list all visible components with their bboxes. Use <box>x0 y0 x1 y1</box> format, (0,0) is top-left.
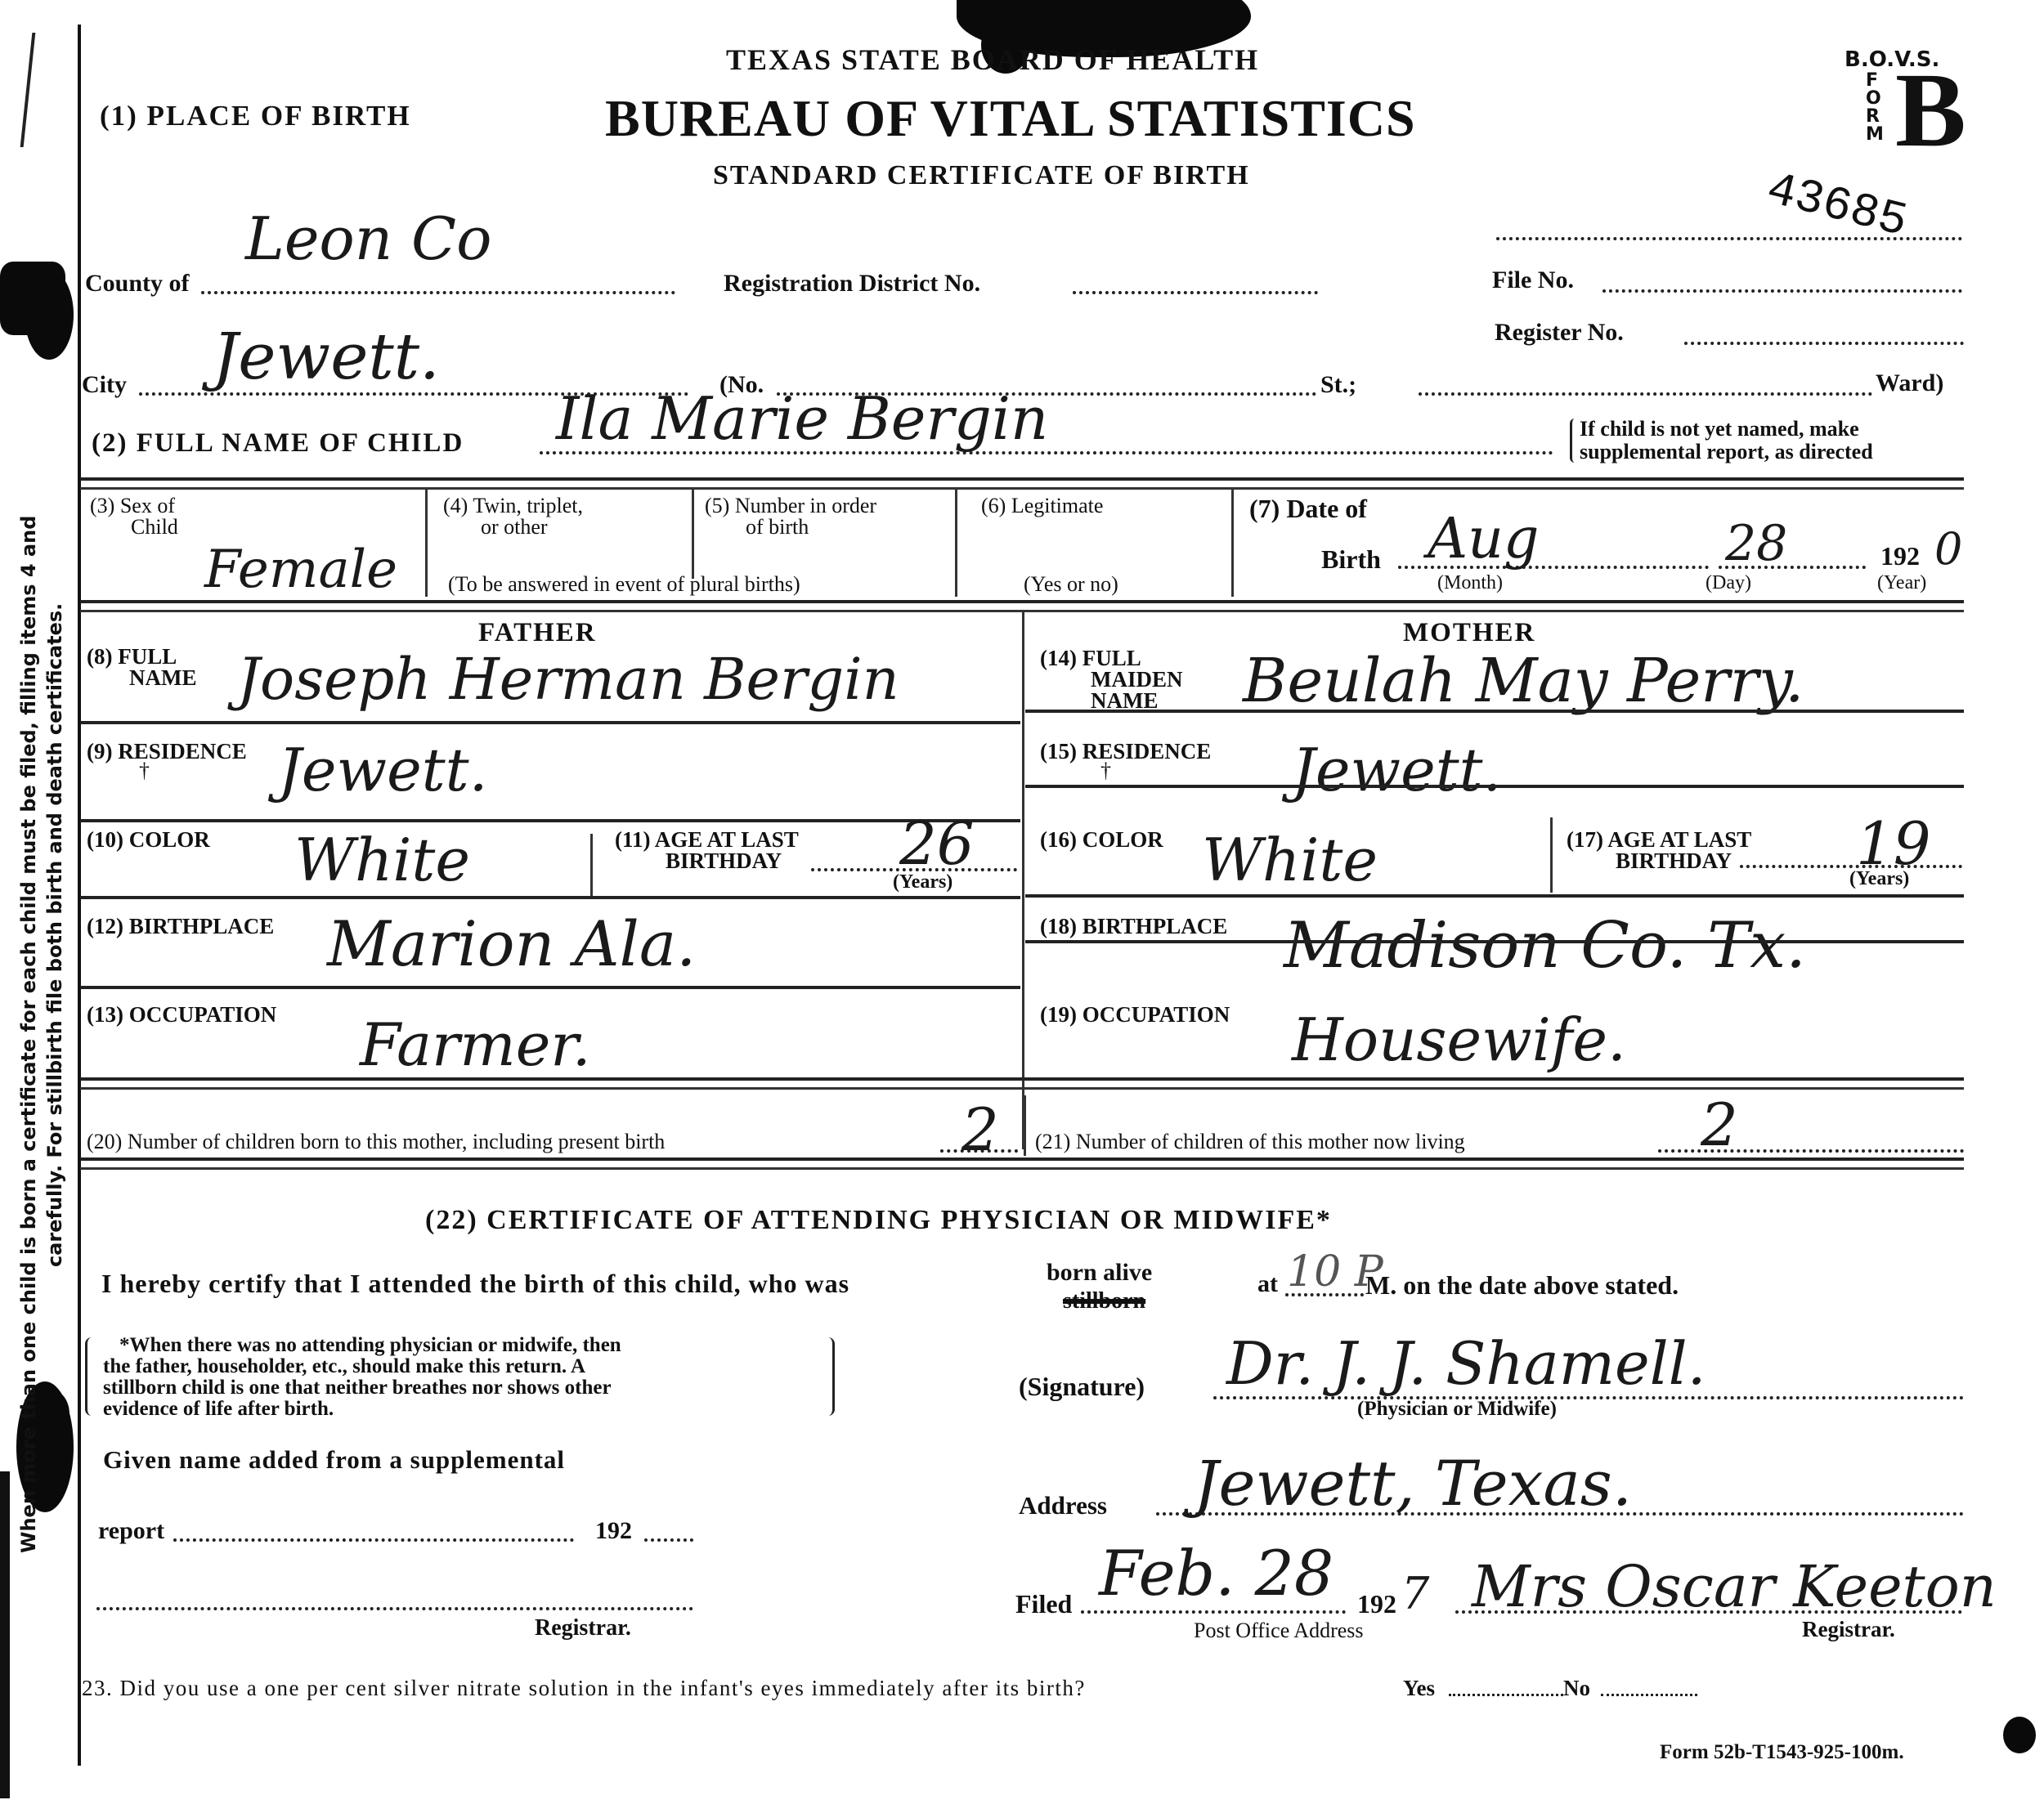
registrar-caption-right: Registrar. <box>1802 1617 1895 1642</box>
dob-day-caption: (Day) <box>1706 572 1751 594</box>
father-birthplace-label: (12) BIRTHPLACE <box>87 914 274 939</box>
city-label: City <box>82 371 127 399</box>
dob-day-value[interactable]: 28 <box>1725 515 1787 572</box>
agency-name: TEXAS STATE BOARD OF HEALTH <box>726 43 1259 77</box>
form-word: FORM <box>1866 72 1882 144</box>
dob-year-caption: (Year) <box>1877 572 1926 594</box>
ink-blot-bottom-right <box>2003 1717 2036 1753</box>
child-name-note-line1: If child is not yet named, make <box>1580 417 1859 441</box>
mother-age-label-2: BIRTHDAY <box>1616 849 1732 874</box>
registrar-caption-left: Registrar. <box>535 1615 631 1641</box>
register-no-label: Register No. <box>1495 319 1624 347</box>
divider-sex-twin <box>425 489 428 597</box>
county-field-line[interactable] <box>201 291 675 294</box>
signature-value[interactable]: Dr. J. J. Shamell. <box>1226 1329 1706 1398</box>
filed-label: Filed <box>1015 1589 1072 1619</box>
ward-field[interactable] <box>1419 392 1872 396</box>
dob-month-value[interactable]: Aug <box>1428 507 1539 571</box>
dob-year-prefix: 192 <box>1880 541 1920 571</box>
father-name-value[interactable]: Joseph Herman Bergin <box>237 646 899 713</box>
rule-mother-color <box>1025 894 1964 898</box>
filed-date-field[interactable] <box>1081 1610 1346 1614</box>
report-year-field[interactable] <box>644 1538 693 1542</box>
post-office-caption: Post Office Address <box>1194 1619 1364 1643</box>
header-blank-line <box>1496 237 1962 240</box>
rule-father-birthplace <box>80 986 1020 989</box>
dob-label-line1: (7) Date of <box>1249 494 1367 524</box>
county-value[interactable]: Leon Co <box>245 204 491 273</box>
mother-color-label: (16) COLOR <box>1040 827 1163 853</box>
physician-heading: (22) CERTIFICATE OF ATTENDING PHYSICIAN … <box>425 1205 1332 1236</box>
father-name-label-2: NAME <box>129 665 197 691</box>
twin-label-line2: or other <box>481 515 548 540</box>
child-name-value[interactable]: Ila Marie Bergin <box>556 384 1048 453</box>
father-color-label: (10) COLOR <box>87 827 210 853</box>
rule-parents-bottom-1 <box>80 1077 1964 1081</box>
rule-parents-bottom-2 <box>80 1087 1964 1090</box>
supplemental-label: Given name added from a supplemental <box>103 1445 565 1475</box>
register-no-field[interactable] <box>1684 342 1964 345</box>
sex-value[interactable]: Female <box>204 540 397 600</box>
address-label: Address <box>1019 1491 1107 1520</box>
question-23-no-label: No <box>1563 1676 1590 1701</box>
footnote-line1: *When there was no attending physician o… <box>119 1334 621 1357</box>
footnote-line4: evidence of life after birth. <box>103 1398 334 1421</box>
city-value[interactable]: Jewett. <box>213 320 440 394</box>
file-no-field[interactable] <box>1602 289 1962 293</box>
left-border-line <box>78 25 81 1766</box>
father-heading: FATHER <box>478 618 597 648</box>
registrar-value[interactable]: Mrs Oscar Keeton <box>1472 1553 1997 1620</box>
mother-age-caption: (Years) <box>1849 868 1909 890</box>
dob-year-value[interactable]: 0 <box>1934 523 1962 575</box>
children-born-value[interactable]: 2 <box>961 1095 999 1164</box>
signature-label: (Signature) <box>1019 1372 1145 1402</box>
born-alive-option[interactable]: born alive <box>1047 1259 1152 1287</box>
mother-occupation-label: (19) OCCUPATION <box>1040 1002 1230 1028</box>
street-label: St.; <box>1320 371 1356 399</box>
place-of-birth-label: (1) PLACE OF BIRTH <box>100 100 411 132</box>
child-name-note-line2: supplemental report, as directed <box>1580 440 1873 464</box>
county-label: County of <box>85 270 190 298</box>
child-name-note-brace <box>1570 419 1579 463</box>
question-23-yes-field[interactable] <box>1449 1694 1563 1696</box>
dob-month-caption: (Month) <box>1437 572 1503 594</box>
sex-label-line2: Child <box>131 515 178 540</box>
question-23-no-field[interactable] <box>1601 1694 1697 1696</box>
father-residence-label: (9) RESIDENCE <box>87 739 247 764</box>
mother-birthplace-label: (18) BIRTHPLACE <box>1040 914 1227 939</box>
father-residence-mark: † <box>139 759 150 783</box>
divider-legit-dob <box>1231 489 1234 597</box>
father-residence-value[interactable]: Jewett. <box>278 736 487 804</box>
rule-child-top-1 <box>80 477 1964 481</box>
report-field[interactable] <box>173 1538 574 1542</box>
check-mark <box>12 33 36 147</box>
footnote-brace-left <box>85 1337 94 1416</box>
question-23-text: 23. Did you use a one per cent silver ni… <box>82 1676 1086 1701</box>
registrar-left-field[interactable] <box>96 1607 693 1610</box>
divider-mother-color-age <box>1550 817 1553 893</box>
form-number: Form 52b-T1543-925-100m. <box>1660 1741 1904 1764</box>
father-occupation-value[interactable]: Farmer. <box>360 1010 591 1079</box>
report-label: report <box>98 1517 164 1545</box>
father-age-value[interactable]: 26 <box>899 809 975 878</box>
side-note-line1: When more than one child is born a certi… <box>16 278 41 1553</box>
mother-color-value[interactable]: White <box>1202 826 1378 894</box>
divider-father-mother <box>1022 610 1024 1149</box>
rule-mother-birthplace <box>1025 940 1964 943</box>
plural-births-note: (To be answered in event of plural birth… <box>448 572 800 597</box>
divider-children <box>1024 1095 1026 1156</box>
mother-residence-label: (15) RESIDENCE <box>1040 739 1211 764</box>
rule-mother-name <box>1025 710 1964 713</box>
rule-parents-top-1 <box>80 600 1964 603</box>
time-suffix: M. on the date above stated. <box>1365 1270 1679 1301</box>
divider-twin-order <box>692 489 694 579</box>
divider-order-legit <box>955 489 957 597</box>
rule-child-top-2 <box>80 487 1964 490</box>
filed-year-prefix: 192 <box>1357 1589 1396 1619</box>
rule-mother-residence <box>1025 785 1964 788</box>
mother-residence-mark: † <box>1100 759 1111 783</box>
rule-father-color <box>80 896 1020 899</box>
footnote-brace-right <box>826 1337 835 1416</box>
footnote-line3: stillborn child is one that neither brea… <box>103 1377 612 1399</box>
rule-children-bottom-2 <box>80 1167 1964 1170</box>
legitimate-label: (6) Legitimate <box>981 494 1103 518</box>
mother-heading: MOTHER <box>1403 618 1535 648</box>
form-letter: B <box>1895 57 1966 163</box>
rule-father-residence <box>80 819 1020 822</box>
question-23-yes-label: Yes <box>1403 1676 1435 1701</box>
father-age-caption: (Years) <box>893 871 953 893</box>
father-color-value[interactable]: White <box>294 826 470 894</box>
filed-year-value[interactable]: 7 <box>1401 1568 1429 1619</box>
file-no-label: File No. <box>1492 266 1574 294</box>
registration-district-field[interactable] <box>1073 291 1318 294</box>
registration-district-label: Registration District No. <box>724 270 980 298</box>
filed-date-value[interactable]: Feb. 28 <box>1099 1537 1334 1610</box>
rule-children-bottom-1 <box>80 1157 1964 1161</box>
certify-text: I hereby certify that I attended the bir… <box>101 1269 849 1299</box>
legitimate-value[interactable]: (Yes or no) <box>1024 572 1118 597</box>
mother-residence-value[interactable]: Jewett. <box>1292 736 1501 804</box>
dob-label-line2: Birth <box>1321 544 1381 575</box>
children-living-value[interactable]: 2 <box>1701 1090 1738 1159</box>
time-at-label: at <box>1257 1270 1278 1298</box>
side-note-line2: carefully. For stillbirth file both birt… <box>43 531 67 1267</box>
report-year-prefix: 192 <box>595 1517 632 1545</box>
father-birthplace-value[interactable]: Marion Ala. <box>327 907 696 980</box>
child-name-label: (2) FULL NAME OF CHILD <box>92 428 464 459</box>
left-edge <box>0 1471 10 1798</box>
signature-caption: (Physician or Midwife) <box>1357 1398 1557 1421</box>
bureau-title: BUREAU OF VITAL STATISTICS <box>605 88 1416 149</box>
rule-father-name <box>80 721 1020 724</box>
children-born-label: (20) Number of children born to this mot… <box>87 1130 665 1154</box>
certificate-type: STANDARD CERTIFICATE OF BIRTH <box>713 160 1250 191</box>
order-label-line2: of birth <box>746 515 809 540</box>
father-occupation-label: (13) OCCUPATION <box>87 1002 276 1028</box>
divider-father-color-age <box>590 834 593 896</box>
father-age-label-2: BIRTHDAY <box>666 849 782 874</box>
ward-label: Ward) <box>1876 369 1943 397</box>
address-value[interactable]: Jewett, Texas. <box>1194 1447 1632 1520</box>
mother-name-value[interactable]: Beulah May Perry. <box>1243 646 1804 716</box>
stillborn-option[interactable]: stillborn <box>1063 1288 1145 1314</box>
mother-occupation-value[interactable]: Housewife. <box>1292 1005 1626 1074</box>
mother-birthplace-value[interactable]: Madison Co. Tx. <box>1284 909 1806 983</box>
footnote-line2: the father, householder, etc., should ma… <box>103 1355 585 1378</box>
children-living-label: (21) Number of children of this mother n… <box>1035 1130 1465 1154</box>
